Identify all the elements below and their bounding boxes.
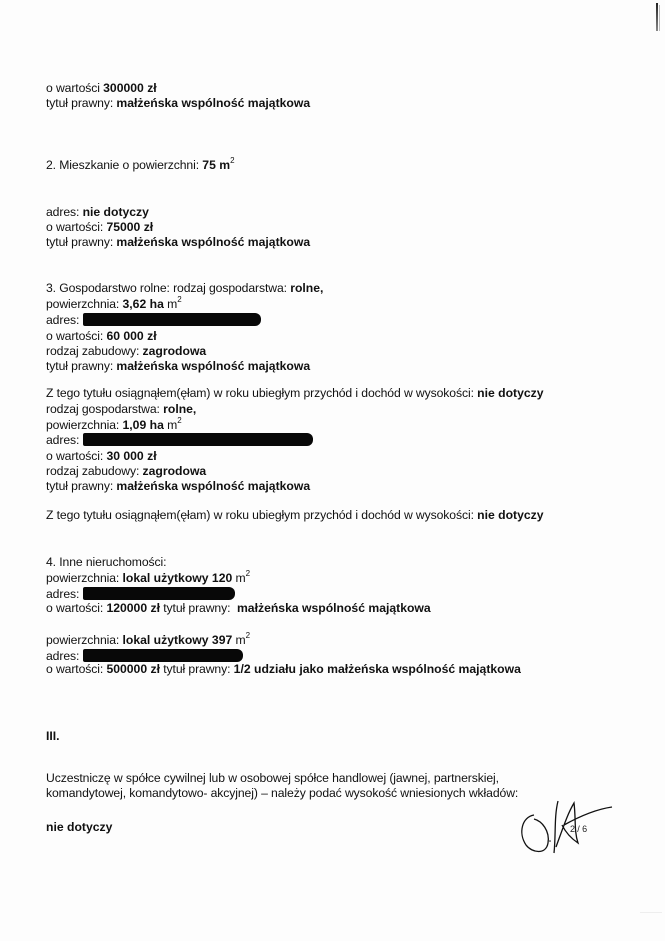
area-line: powierzchnia: lokal użytkowy 397 m2 bbox=[46, 633, 250, 648]
building-type-line: rodzaj zabudowy: zagrodowa bbox=[46, 344, 206, 359]
label: rodzaj gospodarstwa: bbox=[46, 402, 163, 416]
label: adres: bbox=[46, 313, 83, 327]
label: powierzchnia: bbox=[46, 571, 123, 585]
label: tytuł prawny: bbox=[46, 96, 116, 110]
label: adres: bbox=[46, 205, 83, 219]
label: tytuł prawny: bbox=[46, 235, 116, 249]
other-property-heading: 4. Inne nieruchomości: bbox=[46, 555, 166, 570]
value-line: o wartości: 60 000 zł bbox=[46, 329, 157, 344]
legal-title-line: tytuł prawny: małżeńska wspólność majątk… bbox=[46, 479, 310, 494]
redaction-bar bbox=[83, 433, 313, 446]
label: 3. Gospodarstwo rolne: rodzaj gospodarst… bbox=[46, 281, 290, 295]
value: 75 m bbox=[202, 158, 230, 172]
page-number: 2 / 6 bbox=[570, 824, 587, 834]
label: komandytowej, komandytowo- akcyjnej) – n… bbox=[46, 786, 518, 800]
label: 4. Inne nieruchomości: bbox=[46, 555, 166, 569]
value: małżeńska wspólność majątkowa bbox=[237, 601, 431, 615]
label: tytuł prawny: bbox=[160, 601, 237, 615]
value-line: o wartości: 500000 zł tytuł prawny: 1/2 … bbox=[46, 662, 521, 677]
redaction-bar bbox=[83, 649, 243, 662]
unit: m bbox=[232, 571, 245, 585]
value: 300000 zł bbox=[103, 81, 157, 95]
value: 500000 zł bbox=[106, 662, 160, 676]
value: nie dotyczy bbox=[83, 205, 149, 219]
value: lokal użytkowy 397 bbox=[123, 633, 233, 647]
label: o wartości: bbox=[46, 662, 106, 676]
label: 2. Mieszkanie o powierzchni: bbox=[46, 158, 202, 172]
label: Z tego tytułu osiągnąłem(ęłam) w roku ub… bbox=[46, 386, 477, 400]
label: o wartości: bbox=[46, 601, 106, 615]
value: rolne, bbox=[290, 281, 323, 295]
apartment-heading: 2. Mieszkanie o powierzchni: 75 m2 bbox=[46, 158, 234, 173]
scan-artifact bbox=[640, 912, 662, 913]
label: Uczestniczę w spółce cywilnej lub w osob… bbox=[46, 771, 499, 785]
address-line: adres: bbox=[46, 587, 235, 602]
section-number: III. bbox=[46, 729, 60, 743]
value: 30 000 zł bbox=[106, 449, 156, 463]
value: małżeńska wspólność majątkowa bbox=[116, 96, 310, 110]
unit: m bbox=[164, 418, 177, 432]
value: małżeńska wspólność majątkowa bbox=[116, 479, 310, 493]
label: tytuł prawny: bbox=[46, 479, 116, 493]
value: zagrodowa bbox=[143, 344, 207, 358]
label: tytuł prawny: bbox=[160, 662, 234, 676]
signature-icon bbox=[512, 795, 617, 865]
label: o wartości: bbox=[46, 329, 106, 343]
label: o wartości: bbox=[46, 449, 106, 463]
partnership-answer: nie dotyczy bbox=[46, 820, 112, 835]
area-line: powierzchnia: 1,09 ha m2 bbox=[46, 418, 182, 433]
superscript: 2 bbox=[246, 631, 250, 640]
value: 1/2 udziału jako małżeńska wspólność maj… bbox=[234, 662, 521, 676]
value: małżeńska wspólność majątkowa bbox=[116, 359, 310, 373]
address-line: adres: bbox=[46, 433, 313, 448]
label: rodzaj zabudowy: bbox=[46, 344, 143, 358]
farm-heading: 3. Gospodarstwo rolne: rodzaj gospodarst… bbox=[46, 281, 323, 296]
superscript: 2 bbox=[177, 295, 181, 304]
legal-title-line: tytuł prawny: małżeńska wspólność majątk… bbox=[46, 359, 310, 374]
label: rodzaj zabudowy: bbox=[46, 464, 143, 478]
label: adres: bbox=[46, 433, 83, 447]
redaction-bar bbox=[83, 587, 235, 600]
area-line: powierzchnia: lokal użytkowy 120 m2 bbox=[46, 571, 250, 586]
unit: m bbox=[232, 633, 245, 647]
partnership-question: komandytowej, komandytowo- akcyjnej) – n… bbox=[46, 786, 518, 801]
scan-edge-mark bbox=[656, 3, 658, 31]
value-line: o wartości: 30 000 zł bbox=[46, 449, 157, 464]
income-line: Z tego tytułu osiągnąłem(ęłam) w roku ub… bbox=[46, 386, 544, 401]
section-heading: III. bbox=[46, 729, 60, 744]
value: małżeńska wspólność majątkowa bbox=[116, 235, 310, 249]
document-page: o wartości 300000 zł tytuł prawny: małże… bbox=[0, 0, 665, 941]
label: o wartości: bbox=[46, 220, 106, 234]
value-line: o wartości: 75000 zł bbox=[46, 220, 153, 235]
scan-edge-mark-shadow bbox=[659, 5, 660, 31]
label: powierzchnia: bbox=[46, 297, 123, 311]
label: adres: bbox=[46, 649, 83, 663]
value: zagrodowa bbox=[143, 464, 207, 478]
redaction-bar bbox=[83, 313, 261, 326]
value: lokal użytkowy 120 bbox=[123, 571, 233, 585]
label: tytuł prawny: bbox=[46, 359, 116, 373]
building-type-line: rodzaj zabudowy: zagrodowa bbox=[46, 464, 206, 479]
superscript: 2 bbox=[177, 416, 181, 425]
address-line: adres: nie dotyczy bbox=[46, 205, 149, 220]
label: powierzchnia: bbox=[46, 418, 123, 432]
partnership-question: Uczestniczę w spółce cywilnej lub w osob… bbox=[46, 771, 499, 786]
label: Z tego tytułu osiągnąłem(ęłam) w roku ub… bbox=[46, 508, 477, 522]
value: rolne, bbox=[163, 402, 196, 416]
value: 1,09 ha bbox=[123, 418, 164, 432]
value: 120000 zł bbox=[106, 601, 160, 615]
superscript: 2 bbox=[246, 569, 250, 578]
legal-title-line: tytuł prawny: małżeńska wspólność majątk… bbox=[46, 96, 310, 111]
area-line: powierzchnia: 3,62 ha m2 bbox=[46, 297, 182, 312]
address-line: adres: bbox=[46, 313, 261, 328]
value: nie dotyczy bbox=[46, 820, 112, 834]
value: nie dotyczy bbox=[477, 508, 543, 522]
unit: m bbox=[164, 297, 177, 311]
value: 3,62 ha bbox=[123, 297, 164, 311]
label: powierzchnia: bbox=[46, 633, 123, 647]
value: 75000 zł bbox=[106, 220, 153, 234]
value-line: o wartości: 120000 zł tytuł prawny: małż… bbox=[46, 601, 431, 616]
income-line: Z tego tytułu osiągnąłem(ęłam) w roku ub… bbox=[46, 508, 544, 523]
legal-title-line: tytuł prawny: małżeńska wspólność majątk… bbox=[46, 235, 310, 250]
value-line: o wartości 300000 zł bbox=[46, 81, 157, 96]
label: adres: bbox=[46, 587, 83, 601]
superscript: 2 bbox=[230, 156, 234, 165]
value: 60 000 zł bbox=[106, 329, 156, 343]
farm-type-line: rodzaj gospodarstwa: rolne, bbox=[46, 402, 196, 417]
value: nie dotyczy bbox=[477, 386, 543, 400]
label: o wartości bbox=[46, 81, 103, 95]
